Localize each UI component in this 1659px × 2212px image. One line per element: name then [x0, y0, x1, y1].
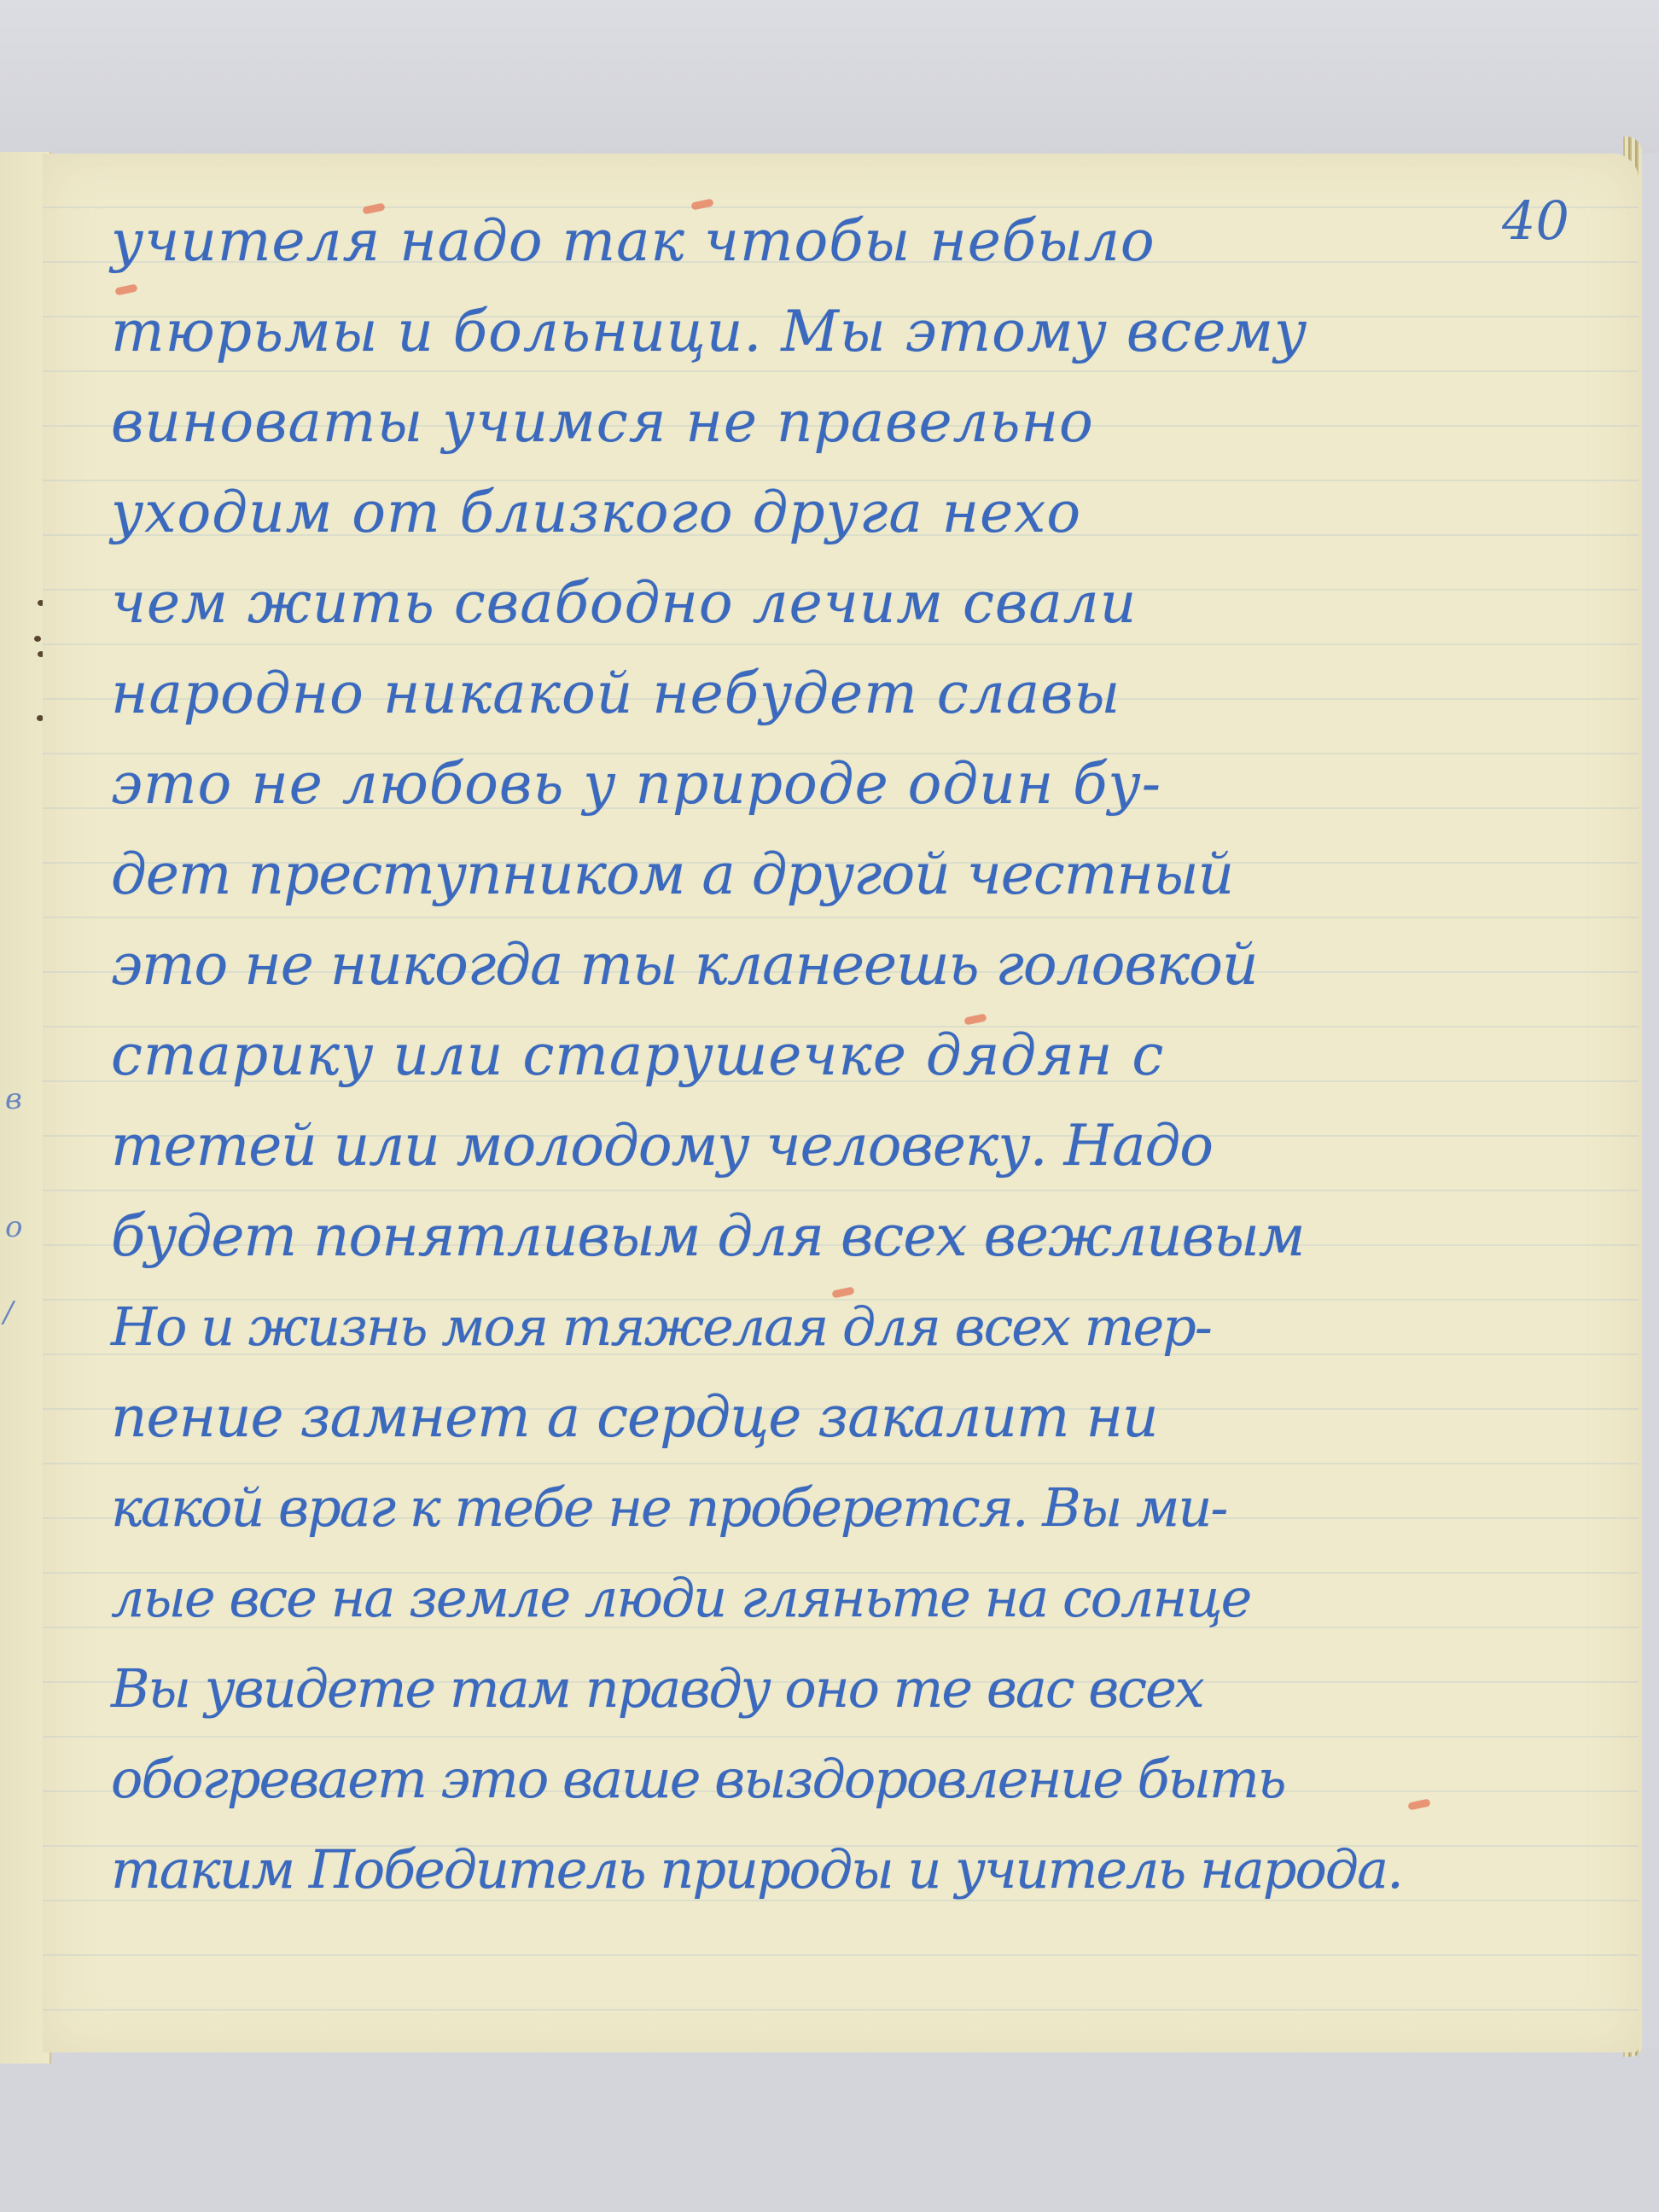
text-line: уходим от близкого друга нехо	[111, 468, 1596, 558]
text-line: будет понятливым для всех вежливым	[111, 1191, 1596, 1282]
margin-mark: в	[5, 1082, 22, 1116]
text-line: это не любовь у природе один бу-	[111, 739, 1596, 829]
text-line: народно никакой небудет славы	[111, 649, 1596, 739]
text-line: виноваты учимся не правельно	[111, 377, 1596, 468]
text-line: тюрьмы и больници. Мы этому всему	[111, 287, 1596, 377]
text-line: таким Победитель природы и учитель народ…	[111, 1825, 1596, 1915]
notebook-page: 40 учителя надо так чтобы небыло тюрьмы …	[43, 154, 1639, 2052]
text-line: Но и жизнь моя тяжелая для всех тер-	[111, 1282, 1596, 1372]
text-line: пение замнет а сердце закалит ни	[111, 1372, 1596, 1463]
text-line: тетей или молодому человеку. Надо	[111, 1101, 1596, 1191]
text-line: это не никогда ты кланеешь головкой	[111, 920, 1596, 1010]
text-line: старику или старушечке дядян с	[111, 1010, 1596, 1101]
binding-staple-mark	[34, 636, 41, 642]
text-line: учителя надо так чтобы небыло	[111, 196, 1596, 287]
margin-mark: /	[3, 1295, 13, 1330]
scan-background-bottom	[0, 2048, 1659, 2212]
text-line: дет преступником а другой честный	[111, 829, 1596, 920]
text-line: чем жить свабодно лечим свали	[111, 558, 1596, 649]
text-line: обогревает это ваше выздоровление быть	[111, 1734, 1596, 1825]
text-line: какой враг к тебе не проберется. Вы ми-	[111, 1463, 1596, 1553]
text-line: лые все на земле люди гляньте на солнце	[111, 1553, 1596, 1644]
scan-background-top	[0, 0, 1659, 154]
margin-mark: о	[5, 1210, 22, 1244]
text-line: Вы увидете там правду оно те вас всех	[111, 1644, 1596, 1734]
handwritten-text: учителя надо так чтобы небыло тюрьмы и б…	[111, 196, 1596, 1915]
